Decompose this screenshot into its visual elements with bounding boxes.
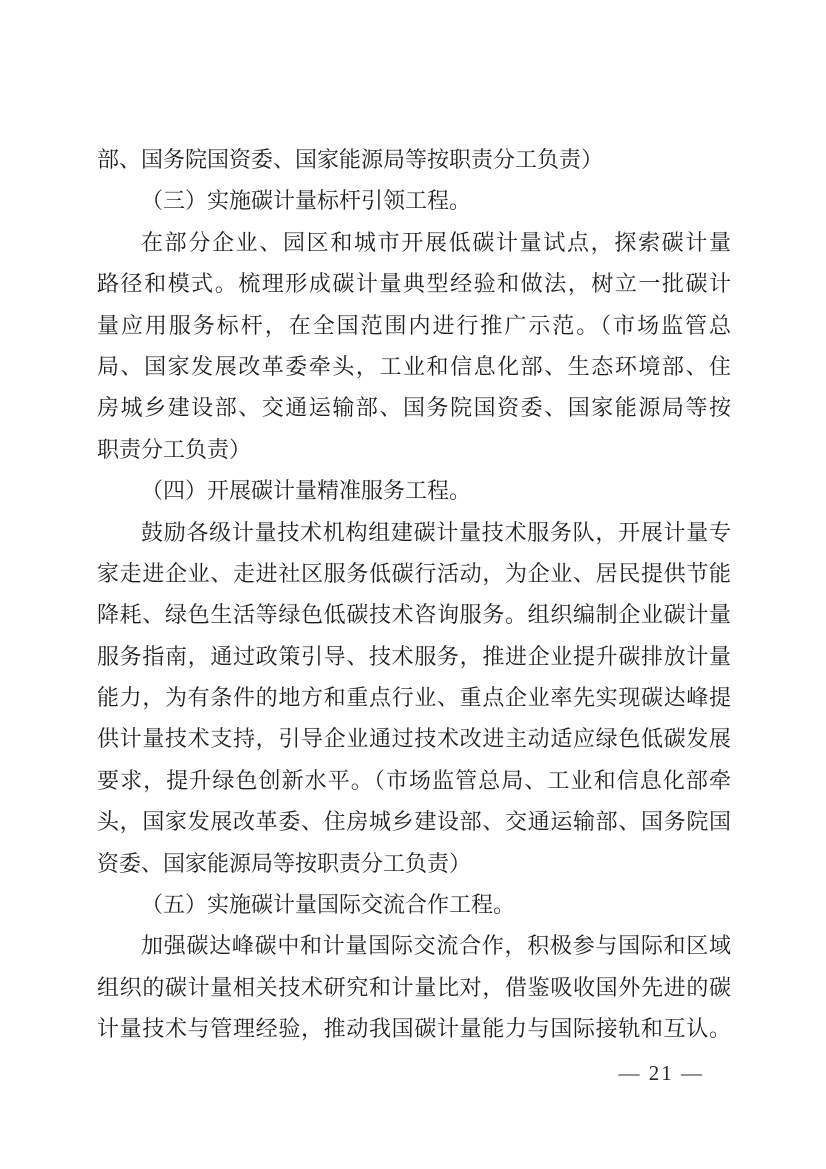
document-line: 资委、国家能源局等按职责分工负责） [97, 843, 731, 884]
document-line: 能力，为有条件的地方和重点行业、重点企业率先实现碳达峰提 [97, 677, 731, 718]
page-number: — 21 — [619, 1058, 705, 1088]
document-line: 组织的碳计量相关技术研究和计量比对，借鉴吸收国外先进的碳 [97, 967, 731, 1008]
document-body: 部、国务院国资委、国家能源局等按职责分工负责）（三）实施碳计量标杆引领工程。在部… [97, 139, 731, 1050]
document-line: 房城乡建设部、交通运输部、国务院国资委、国家能源局等按 [97, 387, 731, 428]
document-line: 服务指南，通过政策引导、技术服务，推进企业提升碳排放计量 [97, 636, 731, 677]
document-line: 头，国家发展改革委、住房城乡建设部、交通运输部、国务院国 [97, 801, 731, 842]
document-line: 降耗、绿色生活等绿色低碳技术咨询服务。组织编制企业碳计量 [97, 594, 731, 635]
document-line: 要求，提升绿色创新水平。（市场监管总局、工业和信息化部牵 [97, 760, 731, 801]
document-line: （五）实施碳计量国际交流合作工程。 [97, 884, 731, 925]
document-line: 局、国家发展改革委牵头，工业和信息化部、生态环境部、住 [97, 346, 731, 387]
document-line: 家走进企业、走进社区服务低碳行活动，为企业、居民提供节能 [97, 553, 731, 594]
document-line: 鼓励各级计量技术机构组建碳计量技术服务队，开展计量专 [97, 512, 731, 553]
document-line: （三）实施碳计量标杆引领工程。 [97, 180, 731, 221]
document-line: 职责分工负责） [97, 429, 731, 470]
document-line: 供计量技术支持，引导企业通过技术改进主动适应绿色低碳发展 [97, 718, 731, 759]
document-line: 量应用服务标杆，在全国范围内进行推广示范。（市场监管总 [97, 305, 731, 346]
document-line: （四）开展碳计量精准服务工程。 [97, 470, 731, 511]
document-line: 加强碳达峰碳中和计量国际交流合作，积极参与国际和区域 [97, 925, 731, 966]
document-line: 计量技术与管理经验，推动我国碳计量能力与国际接轨和互认。 [97, 1008, 731, 1049]
document-line: 路径和模式。梳理形成碳计量典型经验和做法，树立一批碳计 [97, 263, 731, 304]
document-line: 在部分企业、园区和城市开展低碳计量试点，探索碳计量 [97, 222, 731, 263]
document-line: 部、国务院国资委、国家能源局等按职责分工负责） [97, 139, 731, 180]
document-page: 部、国务院国资委、国家能源局等按职责分工负责）（三）实施碳计量标杆引领工程。在部… [0, 0, 826, 1169]
